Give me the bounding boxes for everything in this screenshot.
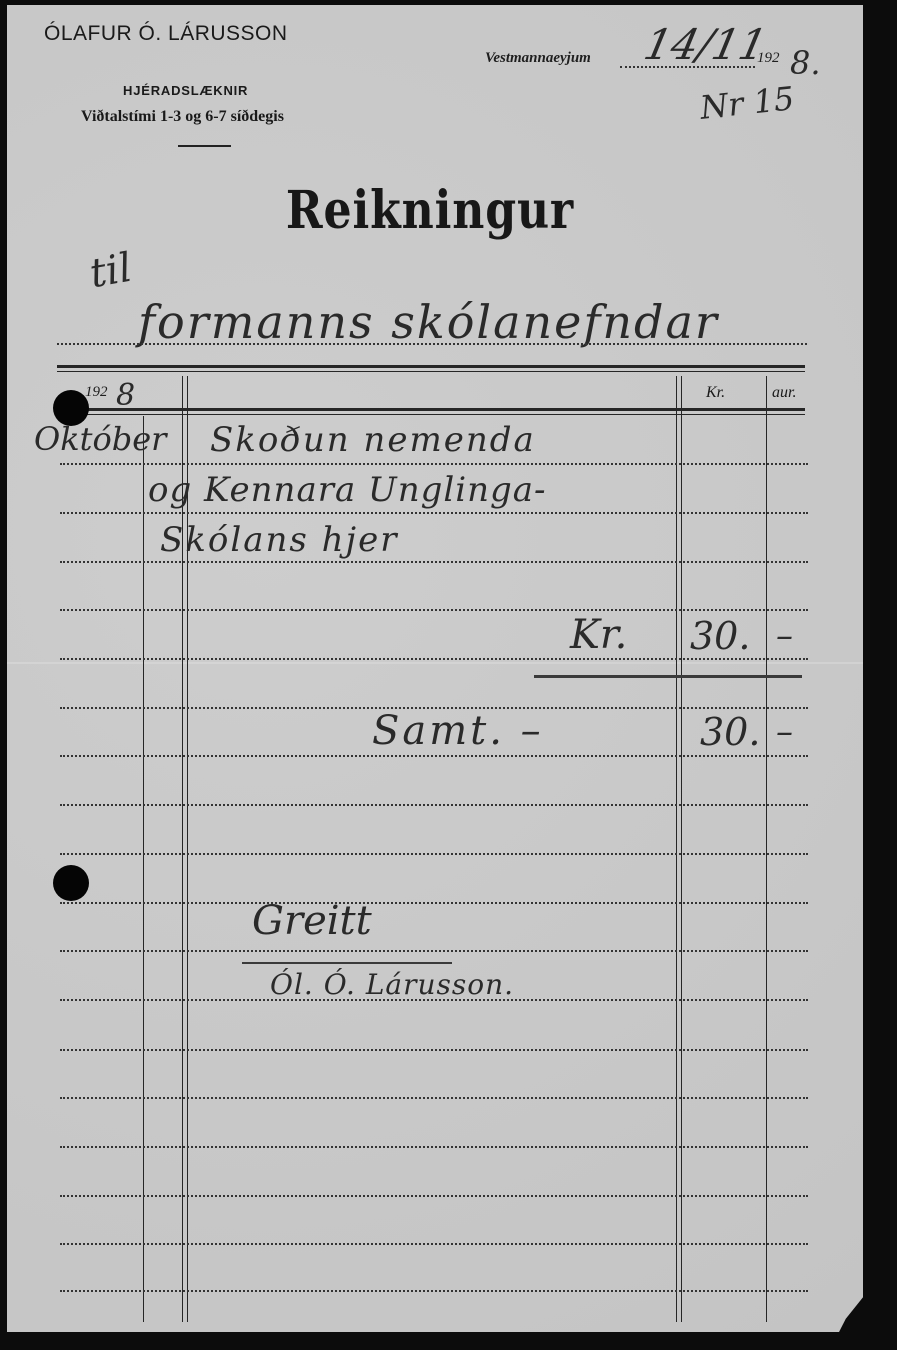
ruled-row xyxy=(60,658,808,660)
table-header-year-printed: 192 xyxy=(85,384,108,401)
ruled-row xyxy=(60,1243,808,1245)
table-top-rule xyxy=(57,365,805,368)
sum-underline xyxy=(534,675,802,678)
letterhead-divider xyxy=(178,145,231,147)
column-line-month xyxy=(143,416,144,1322)
ruled-row xyxy=(60,902,808,904)
ruled-row xyxy=(60,512,808,514)
ruled-row xyxy=(60,1097,808,1099)
table-header-bottom-rule-thin xyxy=(57,414,805,415)
paper-fold-line xyxy=(7,662,863,664)
table-header-kr: Kr. xyxy=(706,384,725,402)
entry-description: og Kennara Unglinga- xyxy=(148,470,547,510)
ruled-row xyxy=(60,950,808,952)
table-header-aur: aur. xyxy=(772,384,796,402)
table-header-bottom-rule xyxy=(57,408,805,411)
subtotal-label: Kr. xyxy=(570,612,627,658)
paid-stamp-text: Greitt xyxy=(252,898,372,944)
ruled-row xyxy=(60,755,808,757)
total-label: Samt. – xyxy=(372,708,544,754)
ruled-row xyxy=(60,609,808,611)
recipient-dotted-line xyxy=(57,343,807,345)
column-line-kr-b xyxy=(681,376,682,1322)
column-line-aur xyxy=(766,376,767,1322)
recipient-name: formanns skólanefndar xyxy=(138,295,719,349)
dateline-place: Vestmannaeyjum xyxy=(485,50,591,67)
subtotal-aur: – xyxy=(776,616,793,656)
total-aur: – xyxy=(776,712,793,752)
dateline-year-handwritten: 8. xyxy=(790,44,821,82)
entry-month: Október xyxy=(34,420,166,458)
total-kr: 30. xyxy=(700,710,760,754)
column-line-date-b xyxy=(187,376,188,1322)
column-line-kr-a xyxy=(676,376,677,1322)
document-title: Reikningur xyxy=(65,180,796,241)
entry-description: Skoðun nemenda xyxy=(210,420,536,460)
punch-hole-bottom xyxy=(53,865,89,901)
entry-description: Skólans hjer xyxy=(160,520,398,560)
ruled-row xyxy=(60,1146,808,1148)
paid-underline xyxy=(242,962,452,964)
column-line-date-a xyxy=(182,376,183,1322)
ruled-row xyxy=(60,463,808,465)
ruled-row xyxy=(60,1195,808,1197)
letterhead-title: HJÉRADSLÆKNIR xyxy=(123,83,248,98)
ruled-row xyxy=(60,853,808,855)
ruled-row xyxy=(60,804,808,806)
subtotal-kr: 30. xyxy=(690,614,750,658)
letterhead-name: ÓLAFUR Ó. LÁRUSSON xyxy=(44,22,288,46)
ruled-row xyxy=(60,1290,808,1292)
table-header-year-handwritten: 8 xyxy=(116,378,135,413)
ruled-row xyxy=(60,1049,808,1051)
dateline-date-handwritten: 14/11 xyxy=(640,20,771,69)
signature: Ól. Ó. Lárusson. xyxy=(270,968,514,1001)
recipient-prefix: til xyxy=(86,245,135,298)
ruled-row xyxy=(60,561,808,563)
table-top-rule-thin xyxy=(57,371,805,372)
letterhead-office-hours: Viðtalstími 1-3 og 6-7 síðdegis xyxy=(81,108,284,126)
